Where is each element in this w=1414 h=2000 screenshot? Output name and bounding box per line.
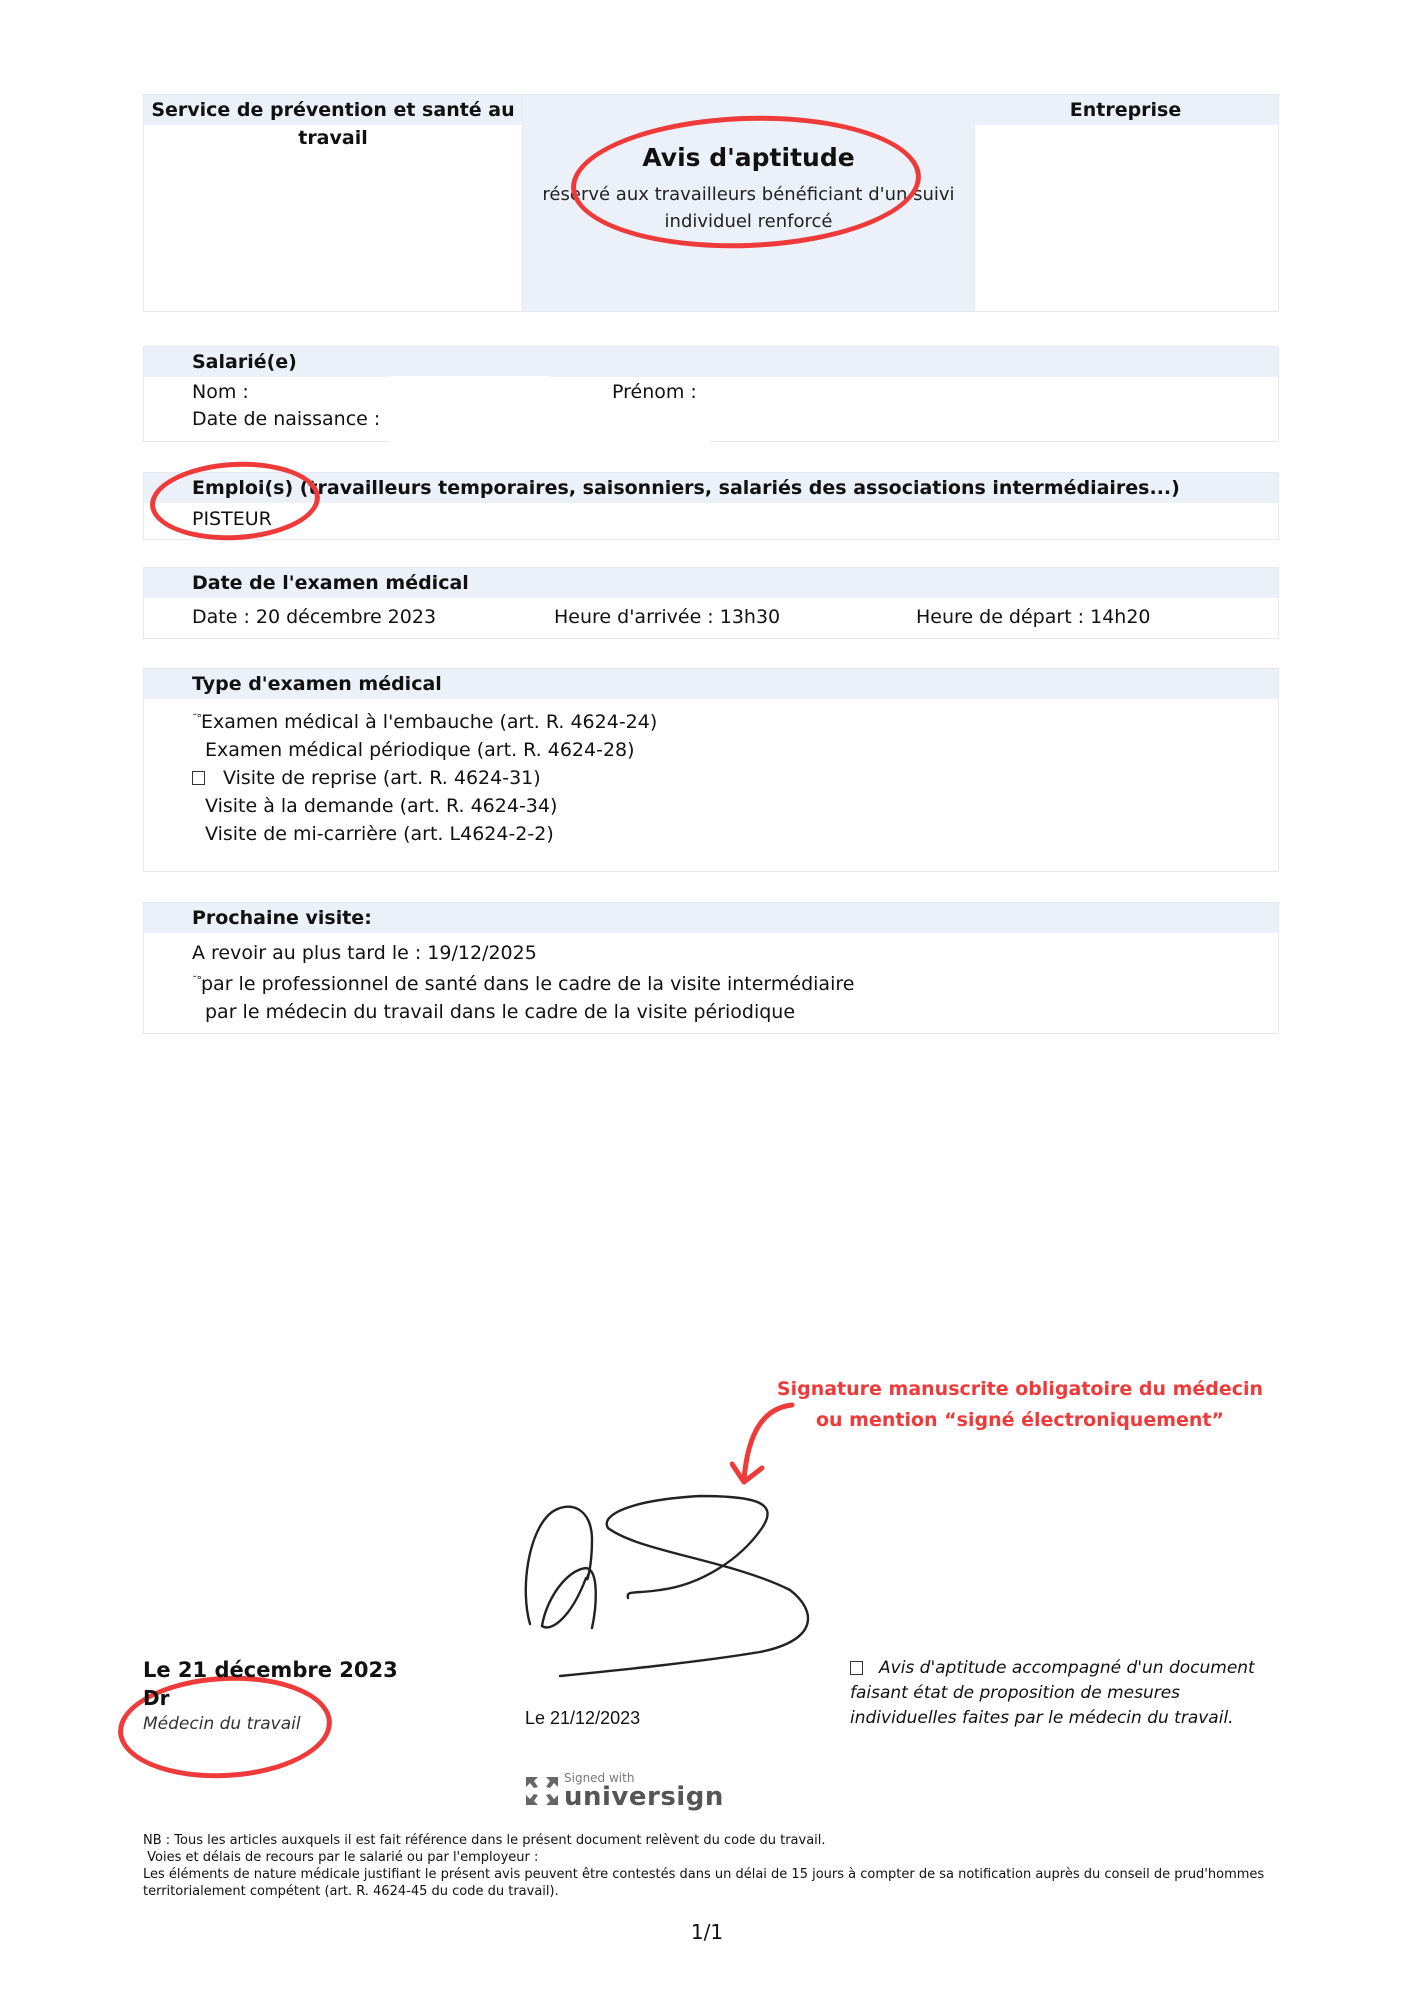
redaction-block [390, 376, 550, 448]
prochaine-heading: Prochaine visite: [144, 903, 1278, 933]
option-intermediaire[interactable]: ˘°par le professionnel de santé dans le … [192, 967, 1278, 998]
doctor-title: Dr [143, 1684, 398, 1712]
salarie-heading: Salarié(e) [144, 347, 1278, 377]
universign-logo-icon [524, 1773, 560, 1809]
checked-mark-icon: ˘° [192, 712, 201, 725]
arrivee-time: Heure d'arrivée : 13h30 [554, 598, 780, 636]
emploi-value: PISTEUR [144, 503, 1278, 535]
doc-subtitle: réservé aux travailleurs bénéficiant d'u… [533, 181, 964, 235]
nom-label: Nom : [192, 377, 249, 407]
prenom-label: Prénom : [612, 377, 697, 407]
depart-time: Heure de départ : 14h20 [916, 598, 1151, 636]
signature-date-short: Le 21/12/2023 [525, 1708, 640, 1729]
page-number: 1/1 [0, 1920, 1414, 1944]
universign-badge: Signed with universign [524, 1772, 724, 1810]
footnote-line: NB : Tous les articles auxquels il est f… [143, 1832, 1283, 1849]
salarie-section: Salarié(e) Nom : Prénom : Date de naissa… [143, 346, 1279, 442]
option-periodique[interactable]: Examen médical périodique (art. R. 4624-… [192, 736, 1278, 764]
redaction-block [550, 414, 710, 448]
revoir-date: A revoir au plus tard le : 19/12/2025 [192, 939, 1278, 967]
title-column: Avis d'aptitude réservé aux travailleurs… [522, 95, 975, 311]
emploi-heading: Emploi(s) (travailleurs temporaires, sai… [144, 473, 1278, 503]
checked-mark-icon: ˘° [192, 974, 201, 987]
signature-date-long: Le 21 décembre 2023 [143, 1656, 398, 1684]
examen-date-value: Date : 20 décembre 2023 [192, 598, 436, 636]
option-demande[interactable]: Visite à la demande (art. R. 4624-34) [192, 792, 1278, 820]
service-column: Service de prévention et santé au travai… [144, 95, 522, 311]
footnote-line: Les éléments de nature médicale justifia… [143, 1866, 1283, 1900]
universign-brand-text: universign [564, 1784, 724, 1810]
service-title: Service de prévention et santé au travai… [144, 95, 522, 152]
header-table: Service de prévention et santé au travai… [143, 94, 1279, 312]
checkbox-empty-icon[interactable] [850, 1661, 863, 1675]
examen-date-section: Date de l'examen médical Date : 20 décem… [143, 567, 1279, 639]
legal-footnote: NB : Tous les articles auxquels il est f… [143, 1832, 1283, 1900]
footnote-line: Voies et délais de recours par le salari… [143, 1849, 1283, 1866]
entreprise-column: Entreprise [973, 95, 1278, 311]
option-periodique-medecin[interactable]: par le médecin du travail dans le cadre … [192, 998, 1278, 1026]
entreprise-title: Entreprise [973, 95, 1278, 125]
checkbox-empty-icon[interactable] [192, 771, 205, 785]
prochaine-visite-section: Prochaine visite: A revoir au plus tard … [143, 902, 1279, 1034]
type-examen-section: Type d'examen médical ˘°Examen médical à… [143, 668, 1279, 872]
mesures-text: Avis d'aptitude accompagné d'un document… [850, 1658, 1255, 1728]
naissance-label: Date de naissance : [192, 407, 1278, 431]
option-reprise[interactable]: Visite de reprise (art. R. 4624-31) [192, 764, 1278, 792]
signature-block: Le 21 décembre 2023 Dr Médecin du travai… [143, 1656, 398, 1736]
option-embauche[interactable]: ˘°Examen médical à l'embauche (art. R. 4… [192, 705, 1278, 736]
mesures-option[interactable]: Avis d'aptitude accompagné d'un document… [850, 1656, 1270, 1731]
doctor-role: Médecin du travail [143, 1712, 398, 1736]
type-examen-heading: Type d'examen médical [144, 669, 1278, 699]
doc-title: Avis d'aptitude [523, 143, 974, 172]
handwritten-signature [500, 1460, 840, 1700]
examen-date-heading: Date de l'examen médical [144, 568, 1278, 598]
signature-annotation: Signature manuscrite obligatoire du méde… [760, 1374, 1280, 1436]
option-mi-carriere[interactable]: Visite de mi-carrière (art. L4624-2-2) [192, 820, 1278, 848]
redaction-block [520, 1034, 880, 1040]
redaction-block [925, 1034, 1005, 1040]
emploi-section: Emploi(s) (travailleurs temporaires, sai… [143, 472, 1279, 540]
